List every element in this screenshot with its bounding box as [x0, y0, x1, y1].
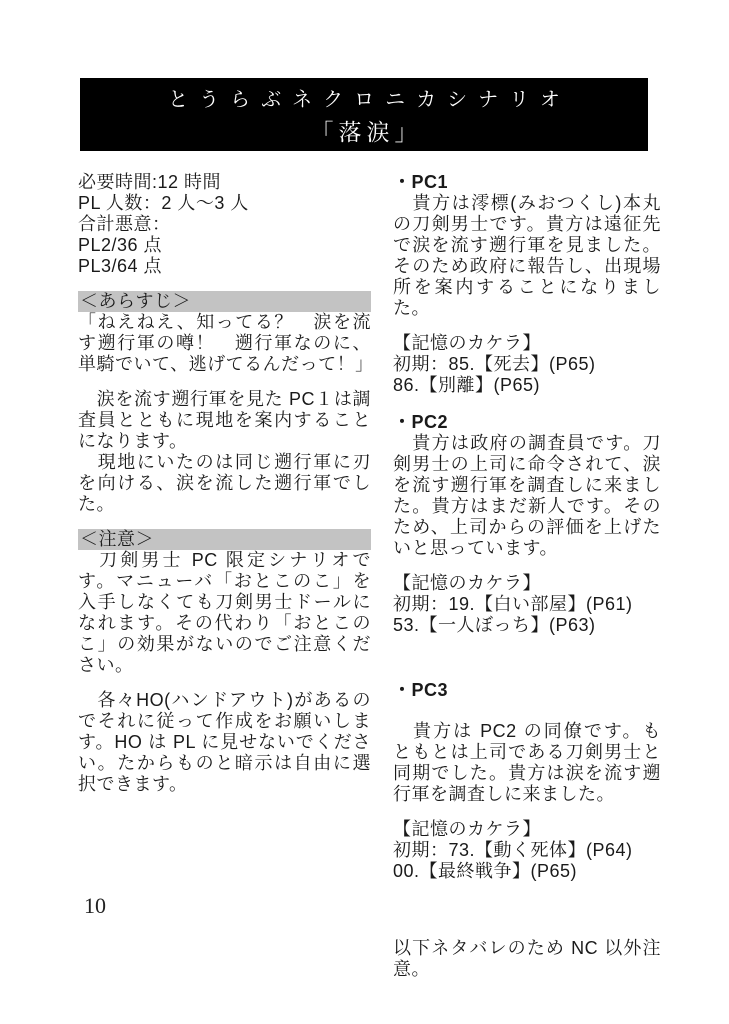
right-column: ・PC1 貴方は澪標(みおつくし)本丸の刀剣男士です。貴方は遠征先で涙を流す遡行…: [393, 172, 661, 980]
scenario-info-block: 必要時間:12 時間 PL 人数：2 人～3 人 合計悪意： PL2/36 点 …: [78, 172, 371, 277]
series-title: とうらぶネクロニカシナリオ: [157, 83, 571, 112]
pc3-memory-line-1: 初期：73.【動く死体】(P64): [393, 840, 661, 861]
synopsis-heading: ＜あらすじ＞: [78, 291, 371, 312]
pc3-label: ・PC3: [393, 680, 661, 701]
required-time-line: 必要時間:12 時間: [78, 172, 371, 193]
pc2-description: 貴方は政府の調査員です。刀剣男士の上司に命令されて、涙を流す遡行軍を調査しに来ま…: [393, 433, 661, 559]
pc2-memory-line-1: 初期：19.【白い部屋】(P61): [393, 594, 661, 615]
pc1-memory-heading: 【記憶のカケラ】: [393, 333, 661, 354]
pc3-description: 貴方は PC2 の同僚です。もともとは上司である刀剣男士と同期でした。貴方は涙を…: [393, 721, 661, 805]
caution-heading: ＜注意＞: [78, 529, 371, 550]
synopsis-paragraph-3: 現地にいたのは同じ遡行軍に刃を向ける、涙を流した遡行軍でした。: [78, 452, 371, 515]
scenario-document-page: とうらぶネクロニカシナリオ 「落涙」 必要時間:12 時間 PL 人数：2 人～…: [0, 0, 729, 1024]
caution-paragraph-2: 各々HO(ハンドアウト)があるのでそれに従って作成をお願いします。HO は PL…: [78, 690, 371, 795]
pc3-memory-fragments: 【記憶のカケラ】 初期：73.【動く死体】(P64) 00.【最終戦争】(P65…: [393, 819, 661, 882]
pc1-memory-fragments: 【記憶のカケラ】 初期：85.【死去】(P65) 86.【別離】(P65): [393, 333, 661, 396]
left-column: 必要時間:12 時間 PL 人数：2 人～3 人 合計悪意： PL2/36 点 …: [78, 172, 371, 795]
spoiler-warning: 以下ネタバレのため NC 以外注意。: [393, 938, 661, 980]
malice-pl2-line: PL2/36 点: [78, 235, 371, 256]
synopsis-paragraph-1: 「ねえねえ、知ってる？ 涙を流す遡行軍の噂！ 遡行軍なのに、単騎でいて、逃げてる…: [78, 312, 371, 375]
pc1-memory-line-2: 86.【別離】(P65): [393, 375, 661, 396]
scenario-title: 「落涙」: [306, 114, 423, 147]
pc2-memory-heading: 【記憶のカケラ】: [393, 573, 661, 594]
pc2-label: ・PC2: [393, 412, 661, 433]
page-number: 10: [84, 893, 106, 919]
pc1-memory-line-1: 初期：85.【死去】(P65): [393, 354, 661, 375]
pc1-description: 貴方は澪標(みおつくし)本丸の刀剣男士です。貴方は遠征先で涙を流す遡行軍を見まし…: [393, 193, 661, 319]
caution-paragraph-1: 刀剣男士 PC 限定シナリオです。マニューバ「おとこのこ」を入手しなくても刀剣男…: [78, 550, 371, 676]
pc2-memory-fragments: 【記憶のカケラ】 初期：19.【白い部屋】(P61) 53.【一人ぼっち】(P6…: [393, 573, 661, 636]
pc3-memory-heading: 【記憶のカケラ】: [393, 819, 661, 840]
malice-pl3-line: PL3/64 点: [78, 256, 371, 277]
pc3-memory-line-2: 00.【最終戦争】(P65): [393, 861, 661, 882]
pc1-label: ・PC1: [393, 172, 661, 193]
total-malice-line: 合計悪意：: [78, 214, 371, 235]
synopsis-paragraph-2: 涙を流す遡行軍を見た PC１は調査員とともに現地を案内することになります。: [78, 389, 371, 452]
pc2-memory-line-2: 53.【一人ぼっち】(P63): [393, 615, 661, 636]
player-count-line: PL 人数：2 人～3 人: [78, 193, 371, 214]
title-banner: とうらぶネクロニカシナリオ 「落涙」: [80, 78, 648, 151]
